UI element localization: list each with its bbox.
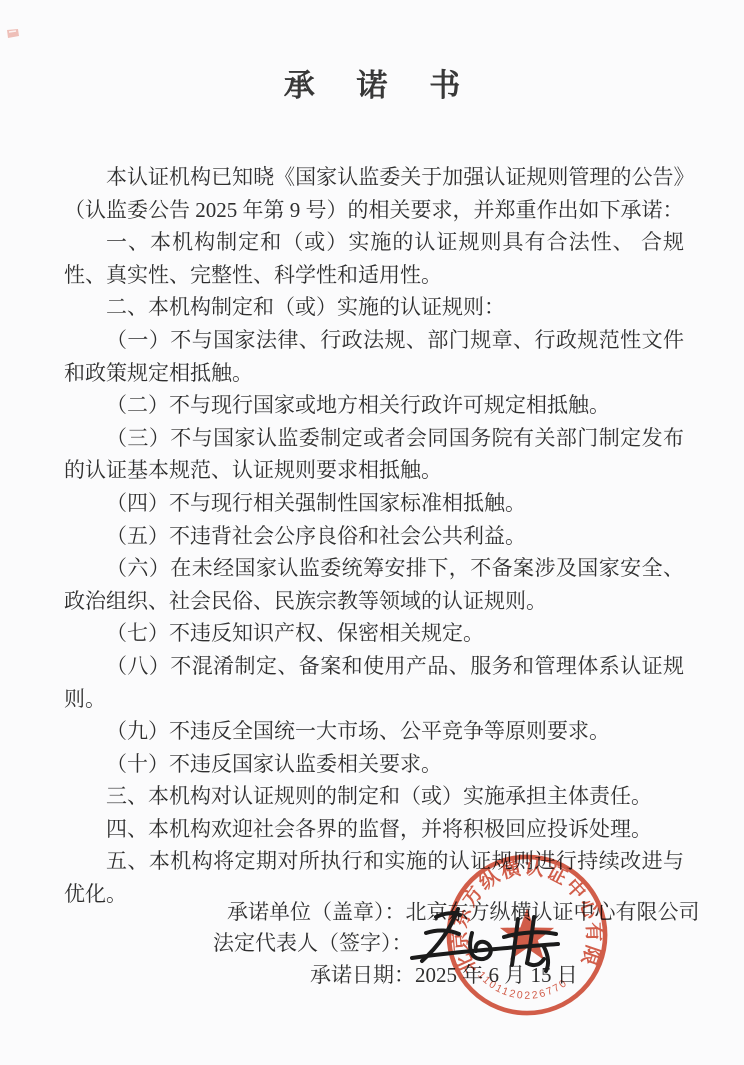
paragraph: （五）不违背社会公序良俗和社会公共利益。 bbox=[64, 520, 684, 553]
paragraph: （八）不混淆制定、备案和使用产品、服务和管理体系认证规则。 bbox=[64, 650, 684, 715]
paragraph: （三）不与国家认监委制定或者会同国务院有关部门制定发布的认证基本规范、认证规则要… bbox=[64, 422, 684, 487]
paragraph: （四）不与现行相关强制性国家标准相抵触。 bbox=[64, 487, 684, 520]
footer-representative-row: 法定代表人（签字）： bbox=[213, 933, 413, 954]
paragraph-list: 本认证机构已知晓《国家认监委关于加强认证规则管理的公告》（认监委公告 2025 … bbox=[64, 161, 684, 911]
red-corner-mark bbox=[5, 27, 21, 42]
paragraph: 三、本机构对认证规则的制定和（或）实施承担主体责任。 bbox=[64, 780, 684, 813]
paragraph: （七）不违反知识产权、保密相关规定。 bbox=[64, 617, 684, 650]
paragraph: 二、本机构制定和（或）实施的认证规则： bbox=[64, 291, 684, 324]
unit-label: 承诺单位（盖章）： bbox=[227, 900, 406, 924]
paragraph: （十）不违反国家认监委相关要求。 bbox=[64, 748, 684, 781]
paragraph: 四、本机构欢迎社会各界的监督，并将积极回应投诉处理。 bbox=[64, 813, 684, 846]
paragraph: 一、本机构制定和（或）实施的认证规则具有合法性、 合规性、真实性、完整性、科学性… bbox=[64, 226, 684, 291]
paragraph: 本认证机构已知晓《国家认监委关于加强认证规则管理的公告》（认监委公告 2025 … bbox=[64, 161, 684, 226]
representative-label: 法定代表人（签字）： bbox=[213, 931, 413, 955]
paragraph: （二）不与现行国家或地方相关行政许可规定相抵触。 bbox=[64, 389, 684, 422]
paragraph: （九）不违反全国统一大市场、公平竞争等原则要求。 bbox=[64, 715, 684, 748]
date-label: 承诺日期： bbox=[310, 963, 415, 987]
paragraph: （一）不与国家法律、行政法规、部门规章、行政规范性文件和政策规定相抵触。 bbox=[64, 324, 684, 389]
legal-representative-signature bbox=[406, 903, 578, 985]
commitment-letter-page: 承 诺 书 本认证机构已知晓《国家认监委关于加强认证规则管理的公告》（认监委公告… bbox=[0, 0, 744, 1065]
page-title: 承 诺 书 bbox=[0, 0, 744, 105]
paragraph: （六）在未经国家认监委统筹安排下，不备案涉及国家安全、政治组织、社会民俗、民族宗… bbox=[64, 552, 684, 617]
